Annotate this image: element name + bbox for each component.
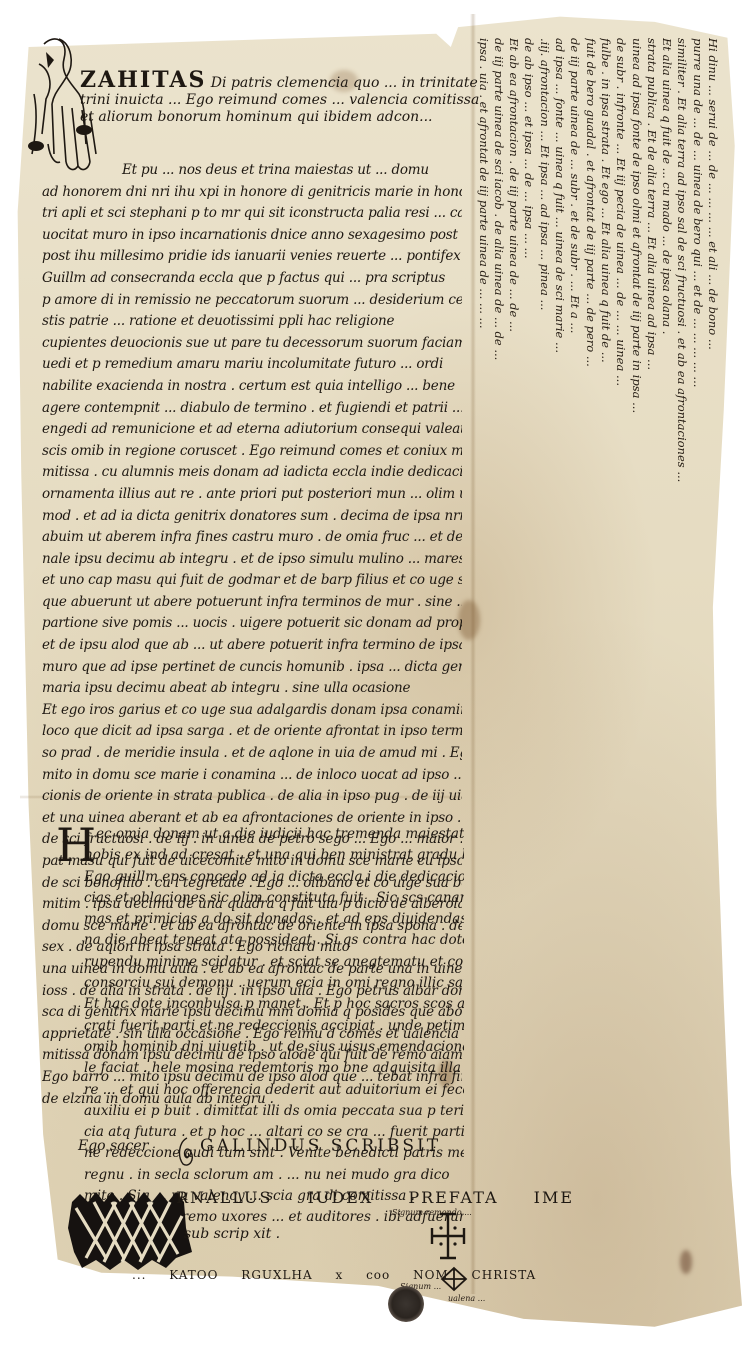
text-line: agere contempnit ... diabulo de termino … [42, 398, 462, 420]
vertical-text-line: purre una de ... de ... uinea de bero qu… [689, 38, 704, 1338]
scribe-name: GALINDUS SCRIBSIT [200, 1136, 441, 1156]
text-line: cupientes deuocionis sue ut pare tu dece… [42, 333, 462, 355]
text-line: mitissa . cu alumnis meis donam ad iadic… [42, 462, 462, 484]
text-line: ornamenta illius aut re . ante priori pu… [42, 484, 462, 506]
text-line: partione sive pomis ... uocis . uigere p… [42, 613, 462, 635]
text-line: et uno cap masu qui fuit de godmar et de… [42, 570, 462, 592]
text-line: auxiliu ei p buit . dimittat illi ds omi… [84, 1101, 464, 1122]
vertical-text-line: uinea ad ipsa fonte de ipso olmi et afro… [628, 38, 643, 1338]
text-line: na die abeat teneat atq possideat . Si q… [84, 930, 464, 951]
text-line: nale ipsu decimu ab integru . et de ipso… [42, 549, 462, 571]
judex-signature-line: RNALLUS IUDEX PREFATA IME [176, 1188, 574, 1207]
vertical-text-line: de subr . infronte ... Et iij pecia de u… [613, 38, 628, 1338]
text-line: muro que ad ipse pertinet de cuncis homu… [42, 657, 462, 679]
text-line: p amore di in remissio ne peccatorum suo… [42, 290, 462, 312]
vertical-text-line: similiter . Et alia terra ad ipso sal de… [674, 38, 689, 1338]
bottom-signature-line: ... KATOO RGUXLHA x coo NOM CHRISTA [132, 1268, 536, 1282]
text-line: mod . et ad ia dicta genitrix donatores … [42, 506, 462, 528]
text-line: abuim ut aberem infra fines castru muro … [42, 527, 462, 549]
interlace-knot-signum-icon [66, 1188, 194, 1272]
text-line: engedi ad remunicione et ad eterna adiut… [42, 419, 462, 441]
heading-line: et aliorum bonorum hominum qui ibidem ad… [80, 109, 480, 126]
text-line: tri apli et sci stephani p to mr qui sit… [42, 203, 462, 225]
text-line: Et hac dote inconbulsa p manet . Et p ho… [84, 994, 464, 1015]
judex-word: IME [534, 1188, 574, 1207]
text-line: Guillm ad consecranda eccla que p factus… [42, 268, 462, 290]
closing-paragraph: ec omia donam ut a die iudicii hac treme… [84, 824, 464, 1229]
text-line: mito in domu sce marie i conamina ... de… [42, 765, 462, 787]
text-line: uocitat muro in ipso incarnationis dnice… [42, 225, 462, 247]
vertical-text-line: Et ab ea afrontacion . de iij parte uine… [506, 38, 521, 1338]
judex-word: RNALLUS [176, 1188, 272, 1207]
text-line: scis omib in regione coruscet . Ego reim… [42, 441, 462, 463]
text-line: consorciu sui demonu . uerum ecia in omi… [84, 973, 464, 994]
text-line: re ... et qui hoc offerencia dederit aut… [84, 1080, 464, 1101]
vertical-text-line: de iij parte uinea de ... subr . et de s… [567, 38, 582, 1338]
heading-line: Di patris clemencia quo ... in trinitate [211, 75, 478, 91]
vertical-text-line: fulbe . in ipsa strata . Et ego ... Et a… [598, 38, 613, 1338]
text-line: cionis de oriente in strata publica . de… [42, 786, 462, 808]
text-line: que abuerunt ut abere potuerunt infra te… [42, 592, 462, 614]
initial-word: ZAHITAS [80, 67, 206, 93]
text-line: rupendu minime scidatur . et sciat se an… [84, 952, 464, 973]
notarial-diamond-icon [440, 1266, 468, 1292]
vertical-text-column: Hi dinu ... serui de ... de ... ... ... … [470, 18, 720, 1338]
vertical-text-line: Hi dinu ... serui de ... de ... ... ... … [705, 38, 720, 1338]
bottom-word: CHRISTA [472, 1268, 537, 1282]
charter-heading: ZAHITAS Di patris clemencia quo ... in t… [80, 72, 480, 126]
vertical-text-line: ipsa . uia . et afrontat de iij parte ui… [475, 38, 490, 1338]
ink-seal-stamp-icon [388, 1286, 424, 1322]
vertical-text-line: .iij. afrontacion ... Et ipsa ... ad ips… [536, 38, 551, 1338]
judex-word: PREFATA [408, 1188, 498, 1207]
text-line: Et ego iros garius et co uge sua adalgar… [42, 700, 462, 722]
scribe-prefix: Ego sacer [78, 1138, 148, 1154]
bottom-word: x coo [336, 1268, 391, 1282]
text-line: stis patrie ... ratione et deuotissimi p… [42, 311, 462, 333]
text-line: nobis ex ind ad cresat . et una qui ben … [84, 845, 464, 866]
subscription-text: sub scrip xit . [184, 1226, 280, 1242]
text-line: uedi et p remedium amaru mariu incolumit… [42, 354, 462, 376]
text-line: et de ipsu alod que ab ... ut abere potu… [42, 635, 462, 657]
text-line: ec omia donam ut a die iudicii hac treme… [84, 824, 464, 845]
text-line: ad honorem dni nri ihu xpi in honore di … [42, 182, 462, 204]
vertical-text-line: fuit de bero guadal . et afrontat de iij… [582, 38, 597, 1338]
text-line: crati fuerit parti et ne redeccionis acc… [84, 1016, 464, 1037]
vertical-text-line: ad ipsa ... fonte ... uinea q fuit ... u… [552, 38, 567, 1338]
text-line: omib hominib dni uiuetib . ut de sius ui… [84, 1037, 464, 1058]
text-line: mas et primicias a do sit donadas . et a… [84, 909, 464, 930]
vertical-text-line: Et alia uinea q fuit de ... cu mado ... … [659, 38, 674, 1338]
text-line: post ihu millesimo pridie ids ianuarii v… [42, 246, 462, 268]
heading-line: trini inuicta ... Ego reimund comes ... … [80, 92, 480, 109]
signum-cross-icon [428, 1210, 468, 1262]
bottom-word: ... [132, 1268, 146, 1282]
vertical-text-line: strata publica . Et de alia terra ... Et… [644, 38, 659, 1338]
text-line: Et pu ... nos deus et trina maiestas ut … [42, 160, 462, 182]
text-line: Ego guillm eps concedo ad ia dicta eccla… [84, 867, 464, 888]
text-line: maria ipsu decimu abeat ab integru . sin… [42, 678, 462, 700]
rotated-text-block: Hi dinu ... serui de ... de ... ... ... … [460, 38, 720, 1338]
text-line: cias et oblaciones sic olim constituta f… [84, 888, 464, 909]
bottom-word: RGUXLHA [241, 1268, 312, 1282]
text-line: nabilite exacienda in nostra . certum es… [42, 376, 462, 398]
text-line: le faciat . hele mosina redemtoris mo bn… [84, 1058, 464, 1079]
bottom-word: KATOO [169, 1268, 218, 1282]
vertical-text-line: de ab ipso ... et ipsa ... de ... ipsa .… [521, 38, 536, 1338]
text-line: so prad . de meridie insula . et de aqlo… [42, 743, 462, 765]
spiral-signum-icon [175, 1136, 197, 1168]
signum-note: ualena ... [448, 1294, 485, 1303]
judex-word: IUDEX [308, 1188, 374, 1207]
text-line: loco que dicit ad ipsa sarga . et de ori… [42, 721, 462, 743]
vertical-text-line: de iij parte uinea de sci iacob . de ali… [491, 38, 506, 1338]
text-line: regnu . in secla sclorum am . ... nu nei… [84, 1165, 464, 1186]
